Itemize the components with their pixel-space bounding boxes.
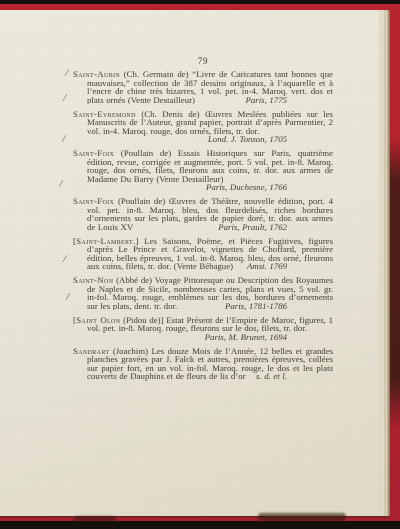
catalog-entry: [Saint Olon (Pidou de)] Estat Présent de… [73, 316, 333, 342]
catalog-entry: [Saint-Lambert.] Les Saisons, Poëme, et … [73, 237, 333, 271]
entry-text: (Poullain de) Essais Historiques sur Par… [87, 149, 333, 184]
pencil-mark [62, 94, 67, 101]
catalog-entry: Saint-Evremond (Ch. Denis de) Œuvres Mes… [73, 110, 333, 144]
entry-imprint: Paris, M. Brunet, 1694 [205, 333, 287, 342]
page-number: 79 [73, 56, 333, 66]
catalog-entry: Saint-Non (Abbé de) Voyage Pittoresque o… [73, 276, 333, 310]
catalog-entry: Saint-Foix (Poullain de) Essais Historiq… [73, 149, 333, 192]
pencil-mark [64, 69, 69, 76]
pencil-mark [61, 135, 66, 142]
catalog-entry: Saint-Foix (Poullain de) Œuvres de Théât… [73, 197, 333, 231]
entry-imprint: Paris, Duchesne, 1766 [206, 183, 287, 192]
entry-imprint: Paris, Prault, 1762 [218, 223, 287, 232]
entry-imprint: Amst. 1769 [247, 262, 287, 271]
entry-imprint: Paris, 1775 [246, 96, 287, 105]
entry-text: (Joachim) Les douze Mois de l’Année, 12 … [87, 347, 333, 381]
catalog-entry: Sandrart (Joachim) Les douze Mois de l’A… [73, 347, 333, 381]
book-page: 79 Saint-Aubin (Ch. Germain de) “Livre d… [0, 10, 390, 516]
page-edge-right [378, 10, 390, 516]
pencil-mark [65, 293, 70, 300]
entry-imprint: Lond. J. Tonson, 1705 [208, 135, 287, 144]
pencil-mark [58, 180, 63, 187]
catalog-entry: Saint-Aubin (Ch. Germain de) “Livre de C… [73, 70, 333, 104]
entry-imprint: Paris, 1781-1786 [225, 302, 287, 311]
entry-text: (Abbé de) Voyage Pittoresque ou Descript… [87, 276, 333, 310]
cover-smudge [74, 516, 116, 522]
catalog-entries: Saint-Aubin (Ch. Germain de) “Livre de C… [73, 70, 333, 386]
entry-imprint: s. d. et l. [256, 372, 287, 381]
entry-text: (Ch. Germain de) “Livre de Caricatures t… [87, 70, 333, 104]
pencil-mark [62, 255, 67, 262]
entry-text: (Pidou de)] Estat Présent de l’Empire de… [87, 316, 333, 334]
scanned-book-photo: 79 Saint-Aubin (Ch. Germain de) “Livre d… [0, 0, 400, 529]
cover-smudge [258, 513, 346, 521]
entry-text: (Poullain de) Œuvres de Théâtre, nouvell… [87, 197, 333, 231]
